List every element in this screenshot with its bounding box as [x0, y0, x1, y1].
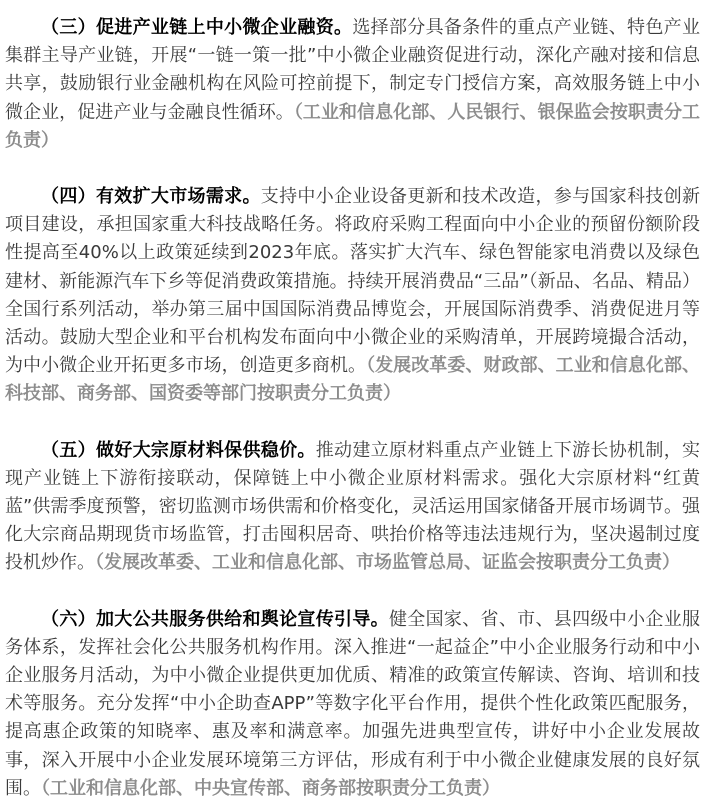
section-heading: （四）有效扩大市场需求。 — [41, 186, 261, 207]
document-page: （三）促进产业链上中小微企业融资。选择部分具备条件的重点产业链、特色产业集群主导… — [0, 0, 705, 803]
paragraph-item-6: （六）加大公共服务供给和舆论宣传引导。健全国家、省、市、县四级中小企业服务体系，… — [5, 606, 700, 803]
responsible-departments: （工业和信息化部、中央宣传部、商务部按职责分工负责） — [41, 778, 500, 799]
paragraph-item-5: （五）做好大宗原材料保供稳价。推动建立原材料重点产业链上下游长协机制，实现产业链… — [5, 437, 700, 578]
section-heading: （六）加大公共服务供给和舆论宣传引导。 — [41, 609, 389, 630]
paragraph-item-4: （四）有效扩大市场需求。支持中小企业设备更新和技术改造，参与国家科技创新项目建设… — [5, 183, 700, 409]
section-body-text: 支持中小企业设备更新和技术改造，参与国家科技创新项目建设，承担国家重大科技战略任… — [5, 186, 700, 376]
responsible-departments: （发展改革委、工业和信息化部、市场监管总局、证监会按职责分工负责） — [95, 552, 680, 573]
paragraph-item-3: （三）促进产业链上中小微企业融资。选择部分具备条件的重点产业链、特色产业集群主导… — [5, 14, 700, 155]
section-heading: （五）做好大宗原材料保供稳价。 — [41, 440, 316, 461]
section-body-text: 健全国家、省、市、县四级中小企业服务体系，发挥社会化公共服务机构作用。深入推进“… — [5, 609, 700, 799]
section-heading: （三）促进产业链上中小微企业融资。 — [41, 17, 352, 38]
